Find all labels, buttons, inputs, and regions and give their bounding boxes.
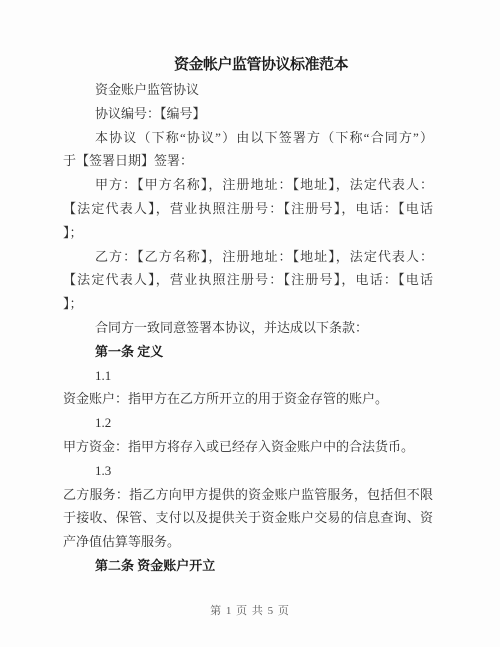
document-line: 】； bbox=[63, 221, 433, 245]
document-line: 资金账户：指甲方在乙方所开立的用于资金存管的账户。 bbox=[63, 387, 433, 411]
document-line: 于接收、保管、支付以及提供关于资金账户交易的信息查询、资 bbox=[63, 506, 433, 530]
document-page: 资金帐户监管协议标准范本 资金账户监管协议协议编号：【编号】本协议（下称“协议”… bbox=[0, 0, 500, 647]
document-line: 1.1 bbox=[63, 364, 433, 388]
document-line: 【法定代表人】，营业执照注册号：【注册号】，电话：【电话 bbox=[63, 268, 433, 292]
document-body: 资金账户监管协议协议编号：【编号】本协议（下称“协议”）由以下签署方（下称“合同… bbox=[63, 78, 433, 578]
document-line: 1.3 bbox=[63, 459, 433, 483]
section-heading: 第一条 定义 bbox=[63, 340, 433, 364]
document-line: 资金账户监管协议 bbox=[63, 78, 433, 102]
document-line: 1.2 bbox=[63, 411, 433, 435]
document-line: 产净值估算等服务。 bbox=[63, 530, 433, 554]
document-line: 乙方服务：指乙方向甲方提供的资金账户监管服务，包括但不限 bbox=[63, 483, 433, 507]
page-number-text: 第 1 页 共 5 页 bbox=[210, 605, 290, 617]
document-line: 合同方一致同意签署本协议，并达成以下条款： bbox=[63, 316, 433, 340]
document-title: 资金帐户监管协议标准范本 bbox=[76, 52, 446, 78]
document-line: 甲方：【甲方名称】，注册地址：【地址】，法定代表人： bbox=[63, 173, 433, 197]
page-footer: 第 1 页 共 5 页 bbox=[0, 604, 500, 618]
document-line: 协议编号：【编号】 bbox=[63, 102, 433, 126]
document-line: 本协议（下称“协议”）由以下签署方（下称“合同方”） bbox=[63, 126, 433, 150]
document-line: 】； bbox=[63, 292, 433, 316]
document-line: 甲方资金：指甲方将存入或已经存入资金账户中的合法货币。 bbox=[63, 435, 433, 459]
section-heading: 第二条 资金账户开立 bbox=[63, 554, 433, 578]
document-line: 【法定代表人】，营业执照注册号：【注册号】，电话：【电话 bbox=[63, 197, 433, 221]
document-line: 乙方：【乙方名称】，注册地址：【地址】，法定代表人： bbox=[63, 245, 433, 269]
document-line: 于【签署日期】签署： bbox=[63, 149, 433, 173]
